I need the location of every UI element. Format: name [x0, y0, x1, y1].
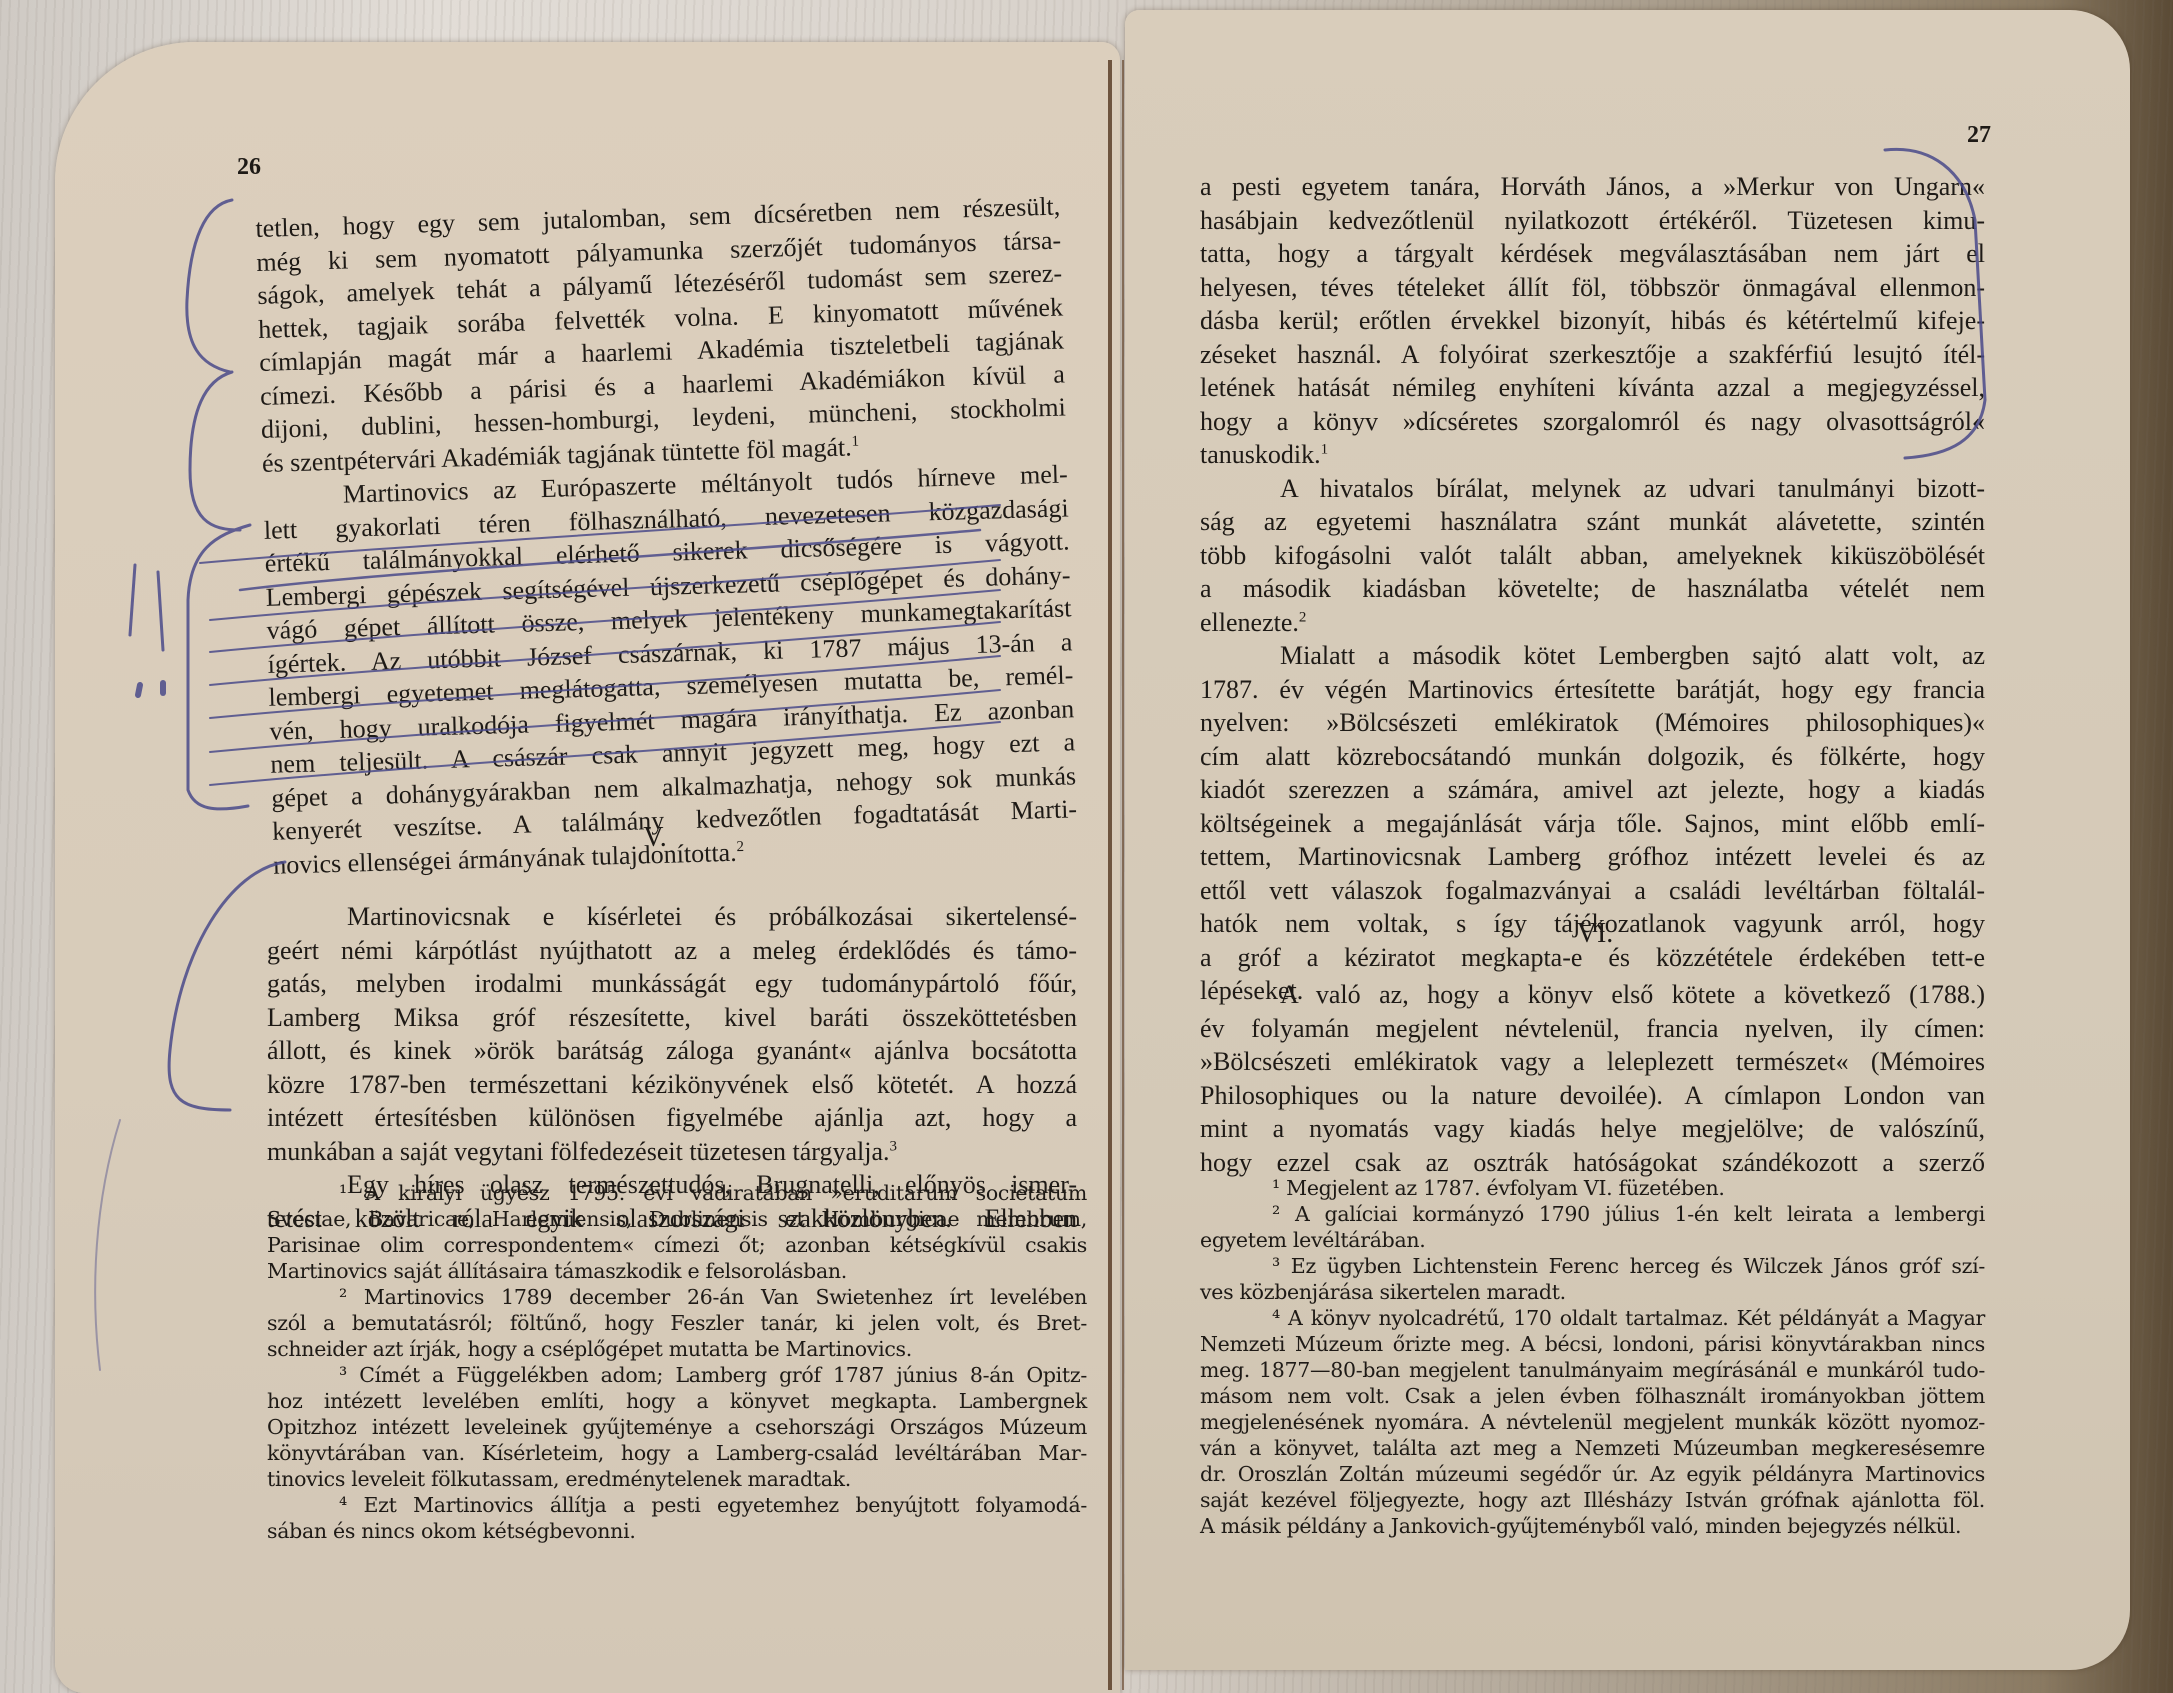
left-page: 26 tetlen, hogy egy sem jutalomban, sem …	[55, 42, 1120, 1693]
text-line: a pesti egyetem tanára, Horváth János, a…	[1200, 170, 1985, 204]
text-line: ettől vett válaszok fogalmazványai a csa…	[1200, 874, 1985, 908]
text-line: zéseket használ. A folyóirat szerkesztőj…	[1200, 338, 1985, 372]
book-gutter-edge	[1122, 60, 1124, 1690]
text-line: költségeinek a megajánlását várja tőle. …	[1200, 807, 1985, 841]
footnote-line: szól a bemutatásról; föltűnő, hogy Feszl…	[267, 1310, 1087, 1336]
text-line: tettem, Martinovicsnak Lamberg grófhoz i…	[1200, 840, 1985, 874]
right-body-text: a pesti egyetem tanára, Horváth János, a…	[1200, 170, 1985, 1008]
text-line: »Bölcsészeti emlékiratok vagy a leleplez…	[1200, 1045, 1985, 1079]
text-line: cím alatt közrebocsátandó munkán dolgozi…	[1200, 740, 1985, 774]
text-line: tatta, hogy a tárgyalt kérdések megválas…	[1200, 237, 1985, 271]
right-footnotes: ¹ Megjelent az 1787. évfolyam VI. füzeté…	[1200, 1175, 1985, 1539]
footnote-line: ¹ Megjelent az 1787. évfolyam VI. füzeté…	[1200, 1175, 1985, 1201]
footnote-line: A másik példány a Jankovich-gyűjteménybő…	[1200, 1513, 1985, 1539]
text-line: hogy a könyv »dícséretes szorgalomról és…	[1200, 405, 1985, 439]
footnote-line: saját kezével följegyezte, hogy azt Illé…	[1200, 1487, 1985, 1513]
footnote-line: Martinovics saját állításaira támaszkodi…	[267, 1258, 1087, 1284]
text-line: letének hatását némileg enyhíteni kívánt…	[1200, 371, 1985, 405]
text-line: helyesen, téves tételeket állít föl, töb…	[1200, 271, 1985, 305]
text-line: dásba kerül; erőtlen érvekkel bizonyít, …	[1200, 304, 1985, 338]
text-line: ellenezte.2	[1200, 606, 1985, 640]
footnote-line: egyetem levéltárában.	[1200, 1227, 1985, 1253]
text-line: geért némi kárpótlást nyújthatott az a m…	[267, 934, 1077, 968]
footnote-line: ³ Ez ügyben Lichtenstein Ferenc herceg é…	[1200, 1253, 1985, 1279]
footnote-line: Nemzeti Múzeum őrizte meg. A bécsi, lond…	[1200, 1331, 1985, 1357]
left-footnotes: ¹ A királyi ügyész 1795. évi vádiratában…	[267, 1180, 1087, 1544]
book-gutter	[1108, 60, 1112, 1690]
section-heading-vi: VI.	[1545, 918, 1645, 950]
footnote-line: hoz intézett levelében említi, hogy a kö…	[267, 1388, 1087, 1414]
footnote-line: tinovics leveleit fölkutassam, eredményt…	[267, 1466, 1087, 1492]
page-number-right: 27	[1967, 122, 1991, 149]
footnote-line: ² A galíciai kormányzó 1790 július 1-én …	[1200, 1201, 1985, 1227]
right-page: 27 a pesti egyetem tanára, Horváth János…	[1125, 10, 2130, 1670]
footnote-line: schneider azt írják, hogy a cséplőgépet …	[267, 1336, 1087, 1362]
text-line: munkában a saját vegytani fölfedezéseit …	[267, 1135, 1077, 1169]
text-line: 1787. év végén Martinovics értesítette b…	[1200, 673, 1985, 707]
text-line: mint a nyomatás vagy kiadás helye megjel…	[1200, 1112, 1985, 1146]
footnote-line: könyvtárában van. Kísérleteim, hogy a La…	[267, 1440, 1087, 1466]
text-line: A hivatalos bírálat, melynek az udvari t…	[1200, 472, 1985, 506]
text-line: nyelven: »Bölcsészeti emlékiratok (Mémoi…	[1200, 706, 1985, 740]
text-line: hogy ezzel csak az osztrák hatóságokat s…	[1200, 1146, 1985, 1180]
footnote-line: ³ Címét a Függelékben adom; Lamberg gróf…	[267, 1362, 1087, 1388]
footnote-line: Opitzhoz intézett leveleinek gyűjteménye…	[267, 1414, 1087, 1440]
text-line: tanuskodik.1	[1200, 438, 1985, 472]
text-line: gatás, melyben irodalmi munkásságát egy …	[267, 967, 1077, 1001]
text-line: ság az egyetemi használatra szánt munkát…	[1200, 505, 1985, 539]
text-line: Martinovicsnak e kísérletei és próbálkoz…	[267, 900, 1077, 934]
footnote-line: Sveciae, Bavaricae, Harlemiensis, Dublin…	[267, 1206, 1087, 1232]
text-line: év folyamán megjelent névtelenül, franci…	[1200, 1012, 1985, 1046]
text-line: A való az, hogy a könyv első kötete a kö…	[1200, 978, 1985, 1012]
footnote-line: ves közbenjárása sikertelen maradt.	[1200, 1279, 1985, 1305]
left-body-text: tetlen, hogy egy sem jutalomban, sem díc…	[255, 190, 1078, 882]
footnote-line: másom nem volt. Csak a jelen évben fölha…	[1200, 1383, 1985, 1409]
section-heading-v: V.	[615, 822, 695, 854]
text-line: kiadót szerezzen a számára, amivel azt j…	[1200, 773, 1985, 807]
footnote-line: ¹ A királyi ügyész 1795. évi vádiratában…	[267, 1180, 1087, 1206]
footnote-line: ván a könyvet, találta azt meg a Nemzeti…	[1200, 1435, 1985, 1461]
text-line: több kifogásolni valót talált abban, ame…	[1200, 539, 1985, 573]
footnote-line: Parisinae olim correspondentem« címezi ő…	[267, 1232, 1087, 1258]
footnote-line: dr. Oroszlán Zoltán múzeumi segédőr úr. …	[1200, 1461, 1985, 1487]
text-line: Philosophiques ou la nature devoilée). A…	[1200, 1079, 1985, 1113]
right-section-text: A való az, hogy a könyv első kötete a kö…	[1200, 978, 1985, 1179]
text-line: hasábjain kedvezőtlenül nyilatkozott ért…	[1200, 204, 1985, 238]
page-number-left: 26	[237, 154, 261, 181]
footnote-line: sában és nincs okom kétségbevonni.	[267, 1518, 1087, 1544]
footnote-line: ² Martinovics 1789 december 26-án Van Sw…	[267, 1284, 1087, 1310]
footnote-line: megjelenésének nyomára. A névtelenül meg…	[1200, 1409, 1985, 1435]
text-line: Mialatt a második kötet Lembergben sajtó…	[1200, 639, 1985, 673]
text-line: állott, és kinek »örök barátság záloga g…	[267, 1034, 1077, 1068]
text-line: Lamberg Miksa gróf részesítette, kivel b…	[267, 1001, 1077, 1035]
footnote-line: ⁴ Ezt Martinovics állítja a pesti egyete…	[267, 1492, 1087, 1518]
footnote-line: ⁴ A könyv nyolcadrétű, 170 oldalt tartal…	[1200, 1305, 1985, 1331]
text-line: intézett értesítésben különösen figyelmé…	[267, 1101, 1077, 1135]
text-line: a második kiadásban követelte; de haszná…	[1200, 572, 1985, 606]
footnote-line: meg. 1877—80-ban megjelent tanulmányaim …	[1200, 1357, 1985, 1383]
text-line: közre 1787-ben természettani kézikönyvén…	[267, 1068, 1077, 1102]
